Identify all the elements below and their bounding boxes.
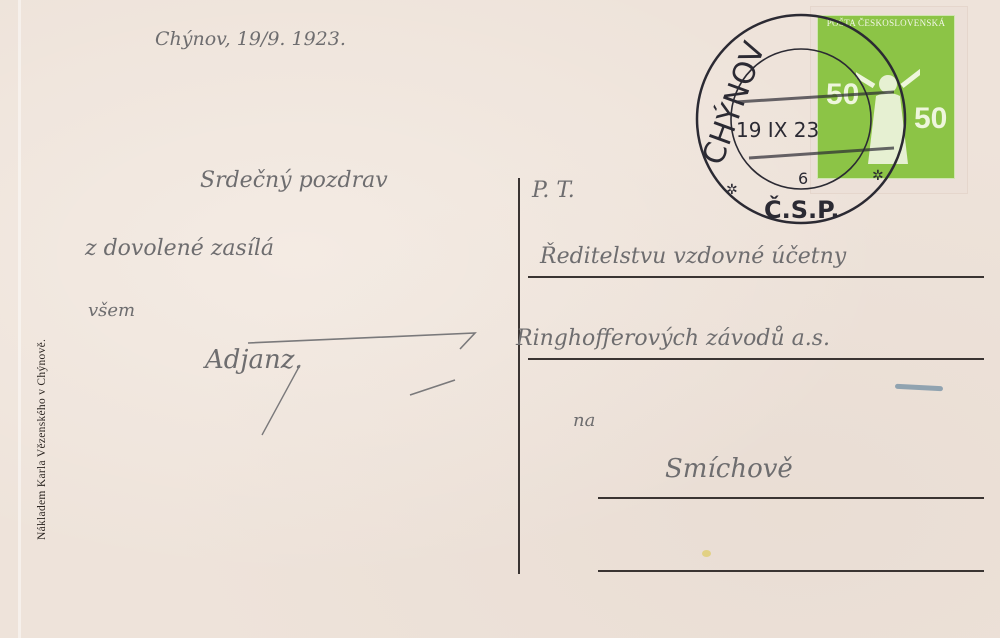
center-divider bbox=[518, 178, 520, 574]
address-rule-2 bbox=[528, 358, 984, 360]
postmark-bottom: Č.S.P. bbox=[764, 194, 839, 224]
postmark-code: 6 bbox=[798, 169, 808, 188]
address-rule-4 bbox=[598, 570, 984, 572]
postcard-back: Nákladem Karla Vězenského v Chýnově. Chý… bbox=[0, 0, 1000, 638]
postmark-cancel: 19 IX 23 6 Č.S.P. CHÝNOV ✲ ✲ bbox=[694, 12, 908, 226]
blue-ink-mark bbox=[895, 384, 943, 392]
signature-flourish bbox=[240, 325, 480, 445]
publisher-imprint: Nákladem Karla Vězenského v Chýnově. bbox=[36, 339, 48, 540]
greeting-line-1: Srdečný pozdrav bbox=[200, 168, 388, 193]
greeting-line-3: všem bbox=[88, 300, 135, 321]
address-line-3: Smíchově bbox=[665, 454, 793, 484]
address-line-3-prefix: na bbox=[573, 410, 595, 431]
postmark-star-right-icon: ✲ bbox=[872, 168, 884, 184]
address-line-2: Ringhofferových závodů a.s. bbox=[516, 326, 830, 351]
paper-spot bbox=[702, 550, 711, 557]
postmark-star-left-icon: ✲ bbox=[726, 182, 738, 198]
paper-crease bbox=[18, 0, 21, 638]
address-line-1: Ředitelstvu vzdovné účetny bbox=[540, 244, 846, 269]
postmark-date: 19 IX 23 bbox=[736, 118, 819, 142]
address-rule-3 bbox=[598, 497, 984, 499]
address-rule-1 bbox=[528, 276, 984, 278]
postmark-town: CHÝNOV bbox=[695, 37, 773, 170]
greeting-line-2: z dovolené zasílá bbox=[85, 236, 274, 261]
place-date: Chýnov, 19/9. 1923. bbox=[155, 28, 346, 50]
address-salutation: P. T. bbox=[532, 178, 575, 203]
